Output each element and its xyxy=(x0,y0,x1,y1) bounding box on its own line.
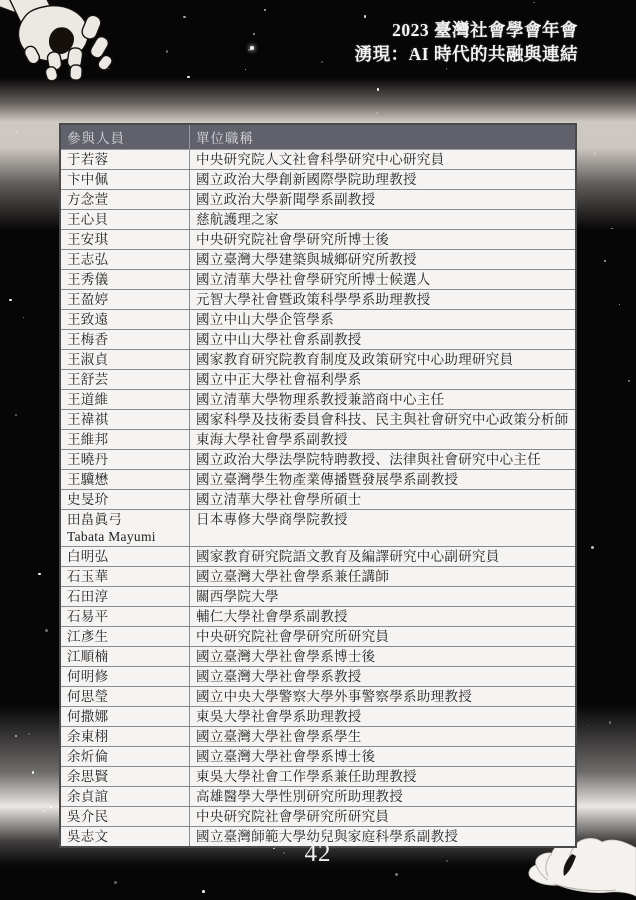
star-dot xyxy=(15,414,17,416)
star-dot xyxy=(43,810,45,812)
column-header-participant: 參與人員 xyxy=(60,124,190,150)
table-row: 何撒娜東吳大學社會學系助理教授 xyxy=(60,707,576,727)
table-row: 史旻玠國立清華大學社會學所碩士 xyxy=(60,490,576,510)
participant-affiliation: 國立臺灣大學社會學系博士後 xyxy=(190,647,577,667)
table-row: 王致遠國立中山大學企管學系 xyxy=(60,310,576,330)
participant-name: 王安琪 xyxy=(60,230,190,250)
star-dot xyxy=(183,16,186,19)
participant-name: 王禕祺 xyxy=(60,410,190,430)
table-row: 王驥懋國立臺灣學生物產業傳播暨發展學系副教授 xyxy=(60,470,576,490)
table-row: 王盈婷元智大學社會暨政策科學學系助理教授 xyxy=(60,290,576,310)
star-dot xyxy=(604,260,605,261)
participant-name: 江彥生 xyxy=(60,627,190,647)
participant-name: 余貞誼 xyxy=(60,787,190,807)
star-dot xyxy=(594,152,597,155)
star-dot xyxy=(376,112,378,114)
table-row: 王梅香國立中山大學社會系副教授 xyxy=(60,330,576,350)
participant-name: 卞中佩 xyxy=(60,170,190,190)
table-row: 王禕祺國家科學及技術委員會科技、民主與社會研究中心政策分析師 xyxy=(60,410,576,430)
participant-affiliation: 慈航護理之家 xyxy=(190,210,577,230)
robot-hand-icon xyxy=(0,0,148,86)
table-row: 白明弘國家教育研究院語文教育及編譯研究中心副研究員 xyxy=(60,547,576,567)
star-dot xyxy=(23,317,24,318)
participant-affiliation: 國立臺灣大學社會學系博士後 xyxy=(190,747,577,767)
participant-affiliation: 東吳大學社會學系助理教授 xyxy=(190,707,577,727)
participant-name: 王維邦 xyxy=(60,430,190,450)
table-row: 田畠眞弓Tabata Mayumi日本專修大學商學院教授 xyxy=(60,510,576,547)
table-row: 余東栩國立臺灣大學社會學系學生 xyxy=(60,727,576,747)
table-header-row: 參與人員 單位職稱 xyxy=(60,124,576,150)
participant-affiliation: 元智大學社會暨政策科學學系助理教授 xyxy=(190,290,577,310)
table-row: 王心貝慈航護理之家 xyxy=(60,210,576,230)
participant-affiliation: 國家科學及技術委員會科技、民主與社會研究中心政策分析師 xyxy=(190,410,577,430)
participant-affiliation: 國立中山大學社會系副教授 xyxy=(190,330,577,350)
participant-name: 白明弘 xyxy=(60,547,190,567)
participant-affiliation: 國立中山大學企管學系 xyxy=(190,310,577,330)
table-row: 王秀儀國立清華大學社會學研究所博士候選人 xyxy=(60,270,576,290)
participant-affiliation: 關西學院大學 xyxy=(190,587,577,607)
participant-affiliation: 國立臺灣大學社會學系學生 xyxy=(190,727,577,747)
table-row: 余思賢東吳大學社會工作學系兼任助理教授 xyxy=(60,767,576,787)
participant-name: 石易平 xyxy=(60,607,190,627)
table-row: 余炘倫國立臺灣大學社會學系博士後 xyxy=(60,747,576,767)
star-dot xyxy=(250,46,254,50)
star-dot xyxy=(619,304,620,305)
star-dot xyxy=(38,573,40,575)
star-dot xyxy=(446,68,447,69)
participant-name: 王舒芸 xyxy=(60,370,190,390)
participant-affiliation: 國立臺灣大學建築與城鄉研究所教授 xyxy=(190,250,577,270)
table-row: 卞中佩國立政治大學創新國際學院助理教授 xyxy=(60,170,576,190)
star-dot xyxy=(45,629,48,632)
star-dot xyxy=(321,61,323,63)
table-row: 石易平輔仁大學社會學系副教授 xyxy=(60,607,576,627)
participant-affiliation: 中央研究院社會學研究所博士後 xyxy=(190,230,577,250)
program-page: 2023 臺灣社會學會年會 湧現：AI 時代的共融與連結 參與人員 單位職稱 于… xyxy=(0,0,636,900)
participants-table: 參與人員 單位職稱 于若蓉中央研究院人文社會科學研究中心研究員卞中佩國立政治大學… xyxy=(59,123,577,848)
star-dot xyxy=(32,771,35,774)
table-row: 王曉丹國立政治大學法學院特聘教授、法律與社會研究中心主任 xyxy=(60,450,576,470)
participant-affiliation: 國立臺灣大學社會學系教授 xyxy=(190,667,577,687)
table-row: 石玉華國立臺灣大學社會學系兼任講師 xyxy=(60,567,576,587)
participant-affiliation: 國立臺灣大學社會學系兼任講師 xyxy=(190,567,577,587)
column-header-affiliation: 單位職稱 xyxy=(190,124,577,150)
star-dot xyxy=(377,88,380,91)
star-dot xyxy=(9,299,12,302)
participant-name: 石田淳 xyxy=(60,587,190,607)
table-row: 王志弘國立臺灣大學建築與城鄉研究所教授 xyxy=(60,250,576,270)
participant-name: 王致遠 xyxy=(60,310,190,330)
table-row: 余貞誼高雄醫學大學性別研究所助理教授 xyxy=(60,787,576,807)
star-dot xyxy=(187,76,190,79)
participant-name: 王淑貞 xyxy=(60,350,190,370)
star-dot xyxy=(245,69,247,71)
participant-affiliation: 國立清華大學社會學所碩士 xyxy=(190,490,577,510)
star-dot xyxy=(166,50,169,53)
table-row: 王道維國立清華大學物理系教授兼諮商中心主任 xyxy=(60,390,576,410)
participant-affiliation: 東海大學社會學系副教授 xyxy=(190,430,577,450)
star-dot xyxy=(28,733,30,735)
participant-affiliation: 國家教育研究院教育制度及政策研究中心助理研究員 xyxy=(190,350,577,370)
participant-affiliation: 國家教育研究院語文教育及編譯研究中心副研究員 xyxy=(190,547,577,567)
participant-name: 王梅香 xyxy=(60,330,190,350)
star-dot xyxy=(587,725,588,726)
table-row: 王舒芸國立中正大學社會福利學系 xyxy=(60,370,576,390)
participant-name: 方念萱 xyxy=(60,190,190,210)
participant-affiliation: 國立中正大學社會福利學系 xyxy=(190,370,577,390)
participant-name: 余炘倫 xyxy=(60,747,190,767)
star-dot xyxy=(114,881,117,884)
participant-name: 王秀儀 xyxy=(60,270,190,290)
participant-name: 于若蓉 xyxy=(60,150,190,170)
table-row: 江彥生中央研究院社會學研究所研究員 xyxy=(60,627,576,647)
participant-affiliation: 國立臺灣學生物產業傳播暨發展學系副教授 xyxy=(190,470,577,490)
event-title-line2: 湧現：AI 時代的共融與連結 xyxy=(355,42,578,66)
table-row: 吳介民中央研究院社會學研究所研究員 xyxy=(60,807,576,827)
participant-affiliation: 中央研究院社會學研究所研究員 xyxy=(190,807,577,827)
table-row: 王淑貞國家教育研究院教育制度及政策研究中心助理研究員 xyxy=(60,350,576,370)
table-row: 王維邦東海大學社會學系副教授 xyxy=(60,430,576,450)
participant-name: 石玉華 xyxy=(60,567,190,587)
star-dot xyxy=(591,546,594,549)
participant-affiliation: 輔仁大學社會學系副教授 xyxy=(190,607,577,627)
star-dot xyxy=(395,873,398,876)
participant-affiliation: 高雄醫學大學性別研究所助理教授 xyxy=(190,787,577,807)
participant-affiliation: 國立清華大學社會學研究所博士候選人 xyxy=(190,270,577,290)
participant-affiliation: 中央研究院人文社會科學研究中心研究員 xyxy=(190,150,577,170)
participant-name: 王驥懋 xyxy=(60,470,190,490)
star-dot xyxy=(15,735,17,737)
star-dot xyxy=(202,890,205,893)
page-number: 42 xyxy=(0,840,636,868)
table-row: 于若蓉中央研究院人文社會科學研究中心研究員 xyxy=(60,150,576,170)
participant-affiliation: 國立清華大學物理系教授兼諮商中心主任 xyxy=(190,390,577,410)
star-dot xyxy=(628,380,630,382)
participant-name: 王盈婷 xyxy=(60,290,190,310)
table-row: 王安琪中央研究院社會學研究所博士後 xyxy=(60,230,576,250)
participant-affiliation: 國立中央大學警察大學外事警察學系助理教授 xyxy=(190,687,577,707)
participant-name: 余東栩 xyxy=(60,727,190,747)
event-title-line1: 2023 臺灣社會學會年會 xyxy=(355,18,578,42)
participant-affiliation: 東吳大學社會工作學系兼任助理教授 xyxy=(190,767,577,787)
participant-name: 王志弘 xyxy=(60,250,190,270)
participant-affiliation: 中央研究院社會學研究所研究員 xyxy=(190,627,577,647)
table-row: 何思瑩國立中央大學警察大學外事警察學系助理教授 xyxy=(60,687,576,707)
participant-name: 史旻玠 xyxy=(60,490,190,510)
participant-name: 吳介民 xyxy=(60,807,190,827)
participants-table-wrap: 參與人員 單位職稱 于若蓉中央研究院人文社會科學研究中心研究員卞中佩國立政治大學… xyxy=(59,123,577,848)
participant-name: 田畠眞弓Tabata Mayumi xyxy=(60,510,190,547)
star-dot xyxy=(50,806,52,808)
star-dot xyxy=(253,33,255,35)
star-dot xyxy=(264,9,266,11)
star-dot xyxy=(581,831,582,832)
participant-name: 王曉丹 xyxy=(60,450,190,470)
table-row: 方念萱國立政治大學新聞學系副教授 xyxy=(60,190,576,210)
star-dot xyxy=(533,2,534,3)
star-dot xyxy=(16,132,17,133)
participant-affiliation: 國立政治大學創新國際學院助理教授 xyxy=(190,170,577,190)
participant-name: 何明修 xyxy=(60,667,190,687)
table-row: 何明修國立臺灣大學社會學系教授 xyxy=(60,667,576,687)
participant-name: 江順楠 xyxy=(60,647,190,667)
participant-affiliation: 國立政治大學新聞學系副教授 xyxy=(190,190,577,210)
participant-affiliation: 國立政治大學法學院特聘教授、法律與社會研究中心主任 xyxy=(190,450,577,470)
table-row: 江順楠國立臺灣大學社會學系博士後 xyxy=(60,647,576,667)
participant-name: 何思瑩 xyxy=(60,687,190,707)
table-row: 石田淳關西學院大學 xyxy=(60,587,576,607)
participant-affiliation: 日本專修大學商學院教授 xyxy=(190,510,577,547)
star-dot xyxy=(609,721,612,724)
participant-name: 何撒娜 xyxy=(60,707,190,727)
participant-name: 余思賢 xyxy=(60,767,190,787)
event-title: 2023 臺灣社會學會年會 湧現：AI 時代的共融與連結 xyxy=(355,18,578,66)
participant-name: 王心貝 xyxy=(60,210,190,230)
participant-name: 王道維 xyxy=(60,390,190,410)
star-dot xyxy=(611,228,613,230)
